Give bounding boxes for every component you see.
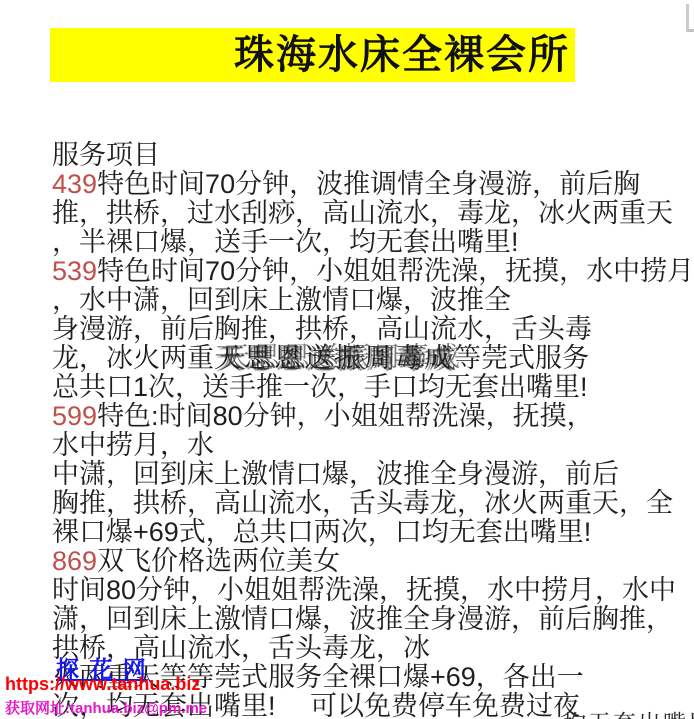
price-value: 869 <box>52 546 97 576</box>
service-text-line: 时间80分钟，小姐姐帮洗澡，抚摸，水中捞月，水中 <box>52 576 694 605</box>
price-value: 599 <box>52 401 97 431</box>
service-text-line: 潇，回到床上激情口爆，波推全身漫游，前后胸推， <box>52 605 694 634</box>
service-text-line: 869双飞价格选两位美女 <box>52 547 694 576</box>
service-text-line: ，水中潇，回到床上激情口爆，波推全 <box>52 286 694 315</box>
service-list: 服务项目439特色时间70分钟，波推调情全身漫游，前后胸推，拱桥，过水刮痧，高山… <box>52 141 694 719</box>
service-text-line: 539特色时间70分钟，小姐姐帮洗澡，抚摸，水中捞月 <box>52 257 694 286</box>
title-banner: 珠海水床全裸会所 <box>50 28 575 82</box>
service-text-line: 服务项目 <box>52 141 694 170</box>
text-segment: 裸口爆+69式，总共口两次，口均无套出嘴里! <box>52 517 591 547</box>
scrollbar-corner-artifact <box>686 4 694 32</box>
text-segment: 特色时间70分钟，波推调情全身漫游，前后胸 <box>97 169 640 199</box>
text-segment: ，水中潇，回到床上激情口爆，波推全 <box>52 285 511 315</box>
watermark-contact: 获取网址:tanhua.biz@pm.me <box>5 697 207 718</box>
service-text-line: 总共口1次，送手推一次，手口均无套出嘴里! <box>52 373 694 402</box>
service-text-line: 龙，冰火两重天思恩送振周毒成等莞式服务 <box>52 344 694 373</box>
text-segment: 胸推，拱桥，高山流水，舌头毒龙，冰火两重天，全 <box>52 488 673 518</box>
text-segment: 龙，冰火两重 <box>52 343 214 373</box>
text-segment: 水中捞月，水 <box>52 430 214 460</box>
service-text-line: 裸口爆+69式，总共口两次，口均无套出嘴里! <box>52 518 694 547</box>
text-segment: 时间80分钟，小姐姐帮洗澡，抚摸，水中捞月，水中 <box>52 575 676 605</box>
service-text-line: 水中捞月，水 <box>52 431 694 460</box>
service-text-line: 439特色时间70分钟，波推调情全身漫游，前后胸 <box>52 170 694 199</box>
text-segment: 身漫游，前后胸推，拱桥，高山流水，舌头毒 <box>52 314 592 344</box>
service-text-line: 胸推，拱桥，高山流水，舌头毒龙，冰火两重天，全 <box>52 489 694 518</box>
service-text-line: 身漫游，前后胸推，拱桥，高山流水，舌头毒 <box>52 315 694 344</box>
text-segment: 服务项目 <box>52 140 160 170</box>
watermark-site-url: https://www.tanhua.biz <box>5 674 200 695</box>
service-text-line: ，半裸口爆，送手一次，均无套出嘴里! <box>52 228 694 257</box>
service-text-line: 推，拱桥，过水刮痧，高山流水，毒龙，冰火两重天 <box>52 199 694 228</box>
price-value: 439 <box>52 169 97 199</box>
service-text-line: 599特色:时间80分钟，小姐姐帮洗澡，抚摸， <box>52 402 694 431</box>
text-segment: 潇，回到床上激情口爆，波推全身漫游，前后胸推， <box>52 604 673 634</box>
page-title: 珠海水床全裸会所 <box>234 35 570 75</box>
text-segment: ，半裸口爆，送手一次，均无套出嘴里! <box>52 227 519 257</box>
service-text-line: 拱桥，高山流水，舌头毒龙，冰 <box>52 634 694 663</box>
bottom-edge-clipped-text: 均无套出嘴里 <box>563 711 694 719</box>
text-segment: 双飞价格选两位美女 <box>97 546 340 576</box>
page: 珠海水床全裸会所 服务项目439特色时间70分钟，波推调情全身漫游，前后胸推，拱… <box>0 0 694 719</box>
text-segment: 特色时间70分钟，小姐姐帮洗澡，抚摸，水中捞月 <box>97 256 694 286</box>
text-segment: 等莞式服务 <box>454 343 589 373</box>
service-text-line: 中潇，回到床上激情口爆，波推全身漫游，前后 <box>52 460 694 489</box>
text-segment: 特色:时间80分钟，小姐姐帮洗澡，抚摸， <box>97 401 594 431</box>
text-segment: 中潇，回到床上激情口爆，波推全身漫游，前后 <box>52 459 619 489</box>
text-segment: 推，拱桥，过水刮痧，高山流水，毒龙，冰火两重天 <box>52 198 673 228</box>
text-segment: 总共口1次，送手推一次，手口均无套出嘴里! <box>52 372 588 402</box>
garbled-overlap-artifact: 天思恩送振周毒成 <box>214 343 454 373</box>
price-value: 539 <box>52 256 97 286</box>
